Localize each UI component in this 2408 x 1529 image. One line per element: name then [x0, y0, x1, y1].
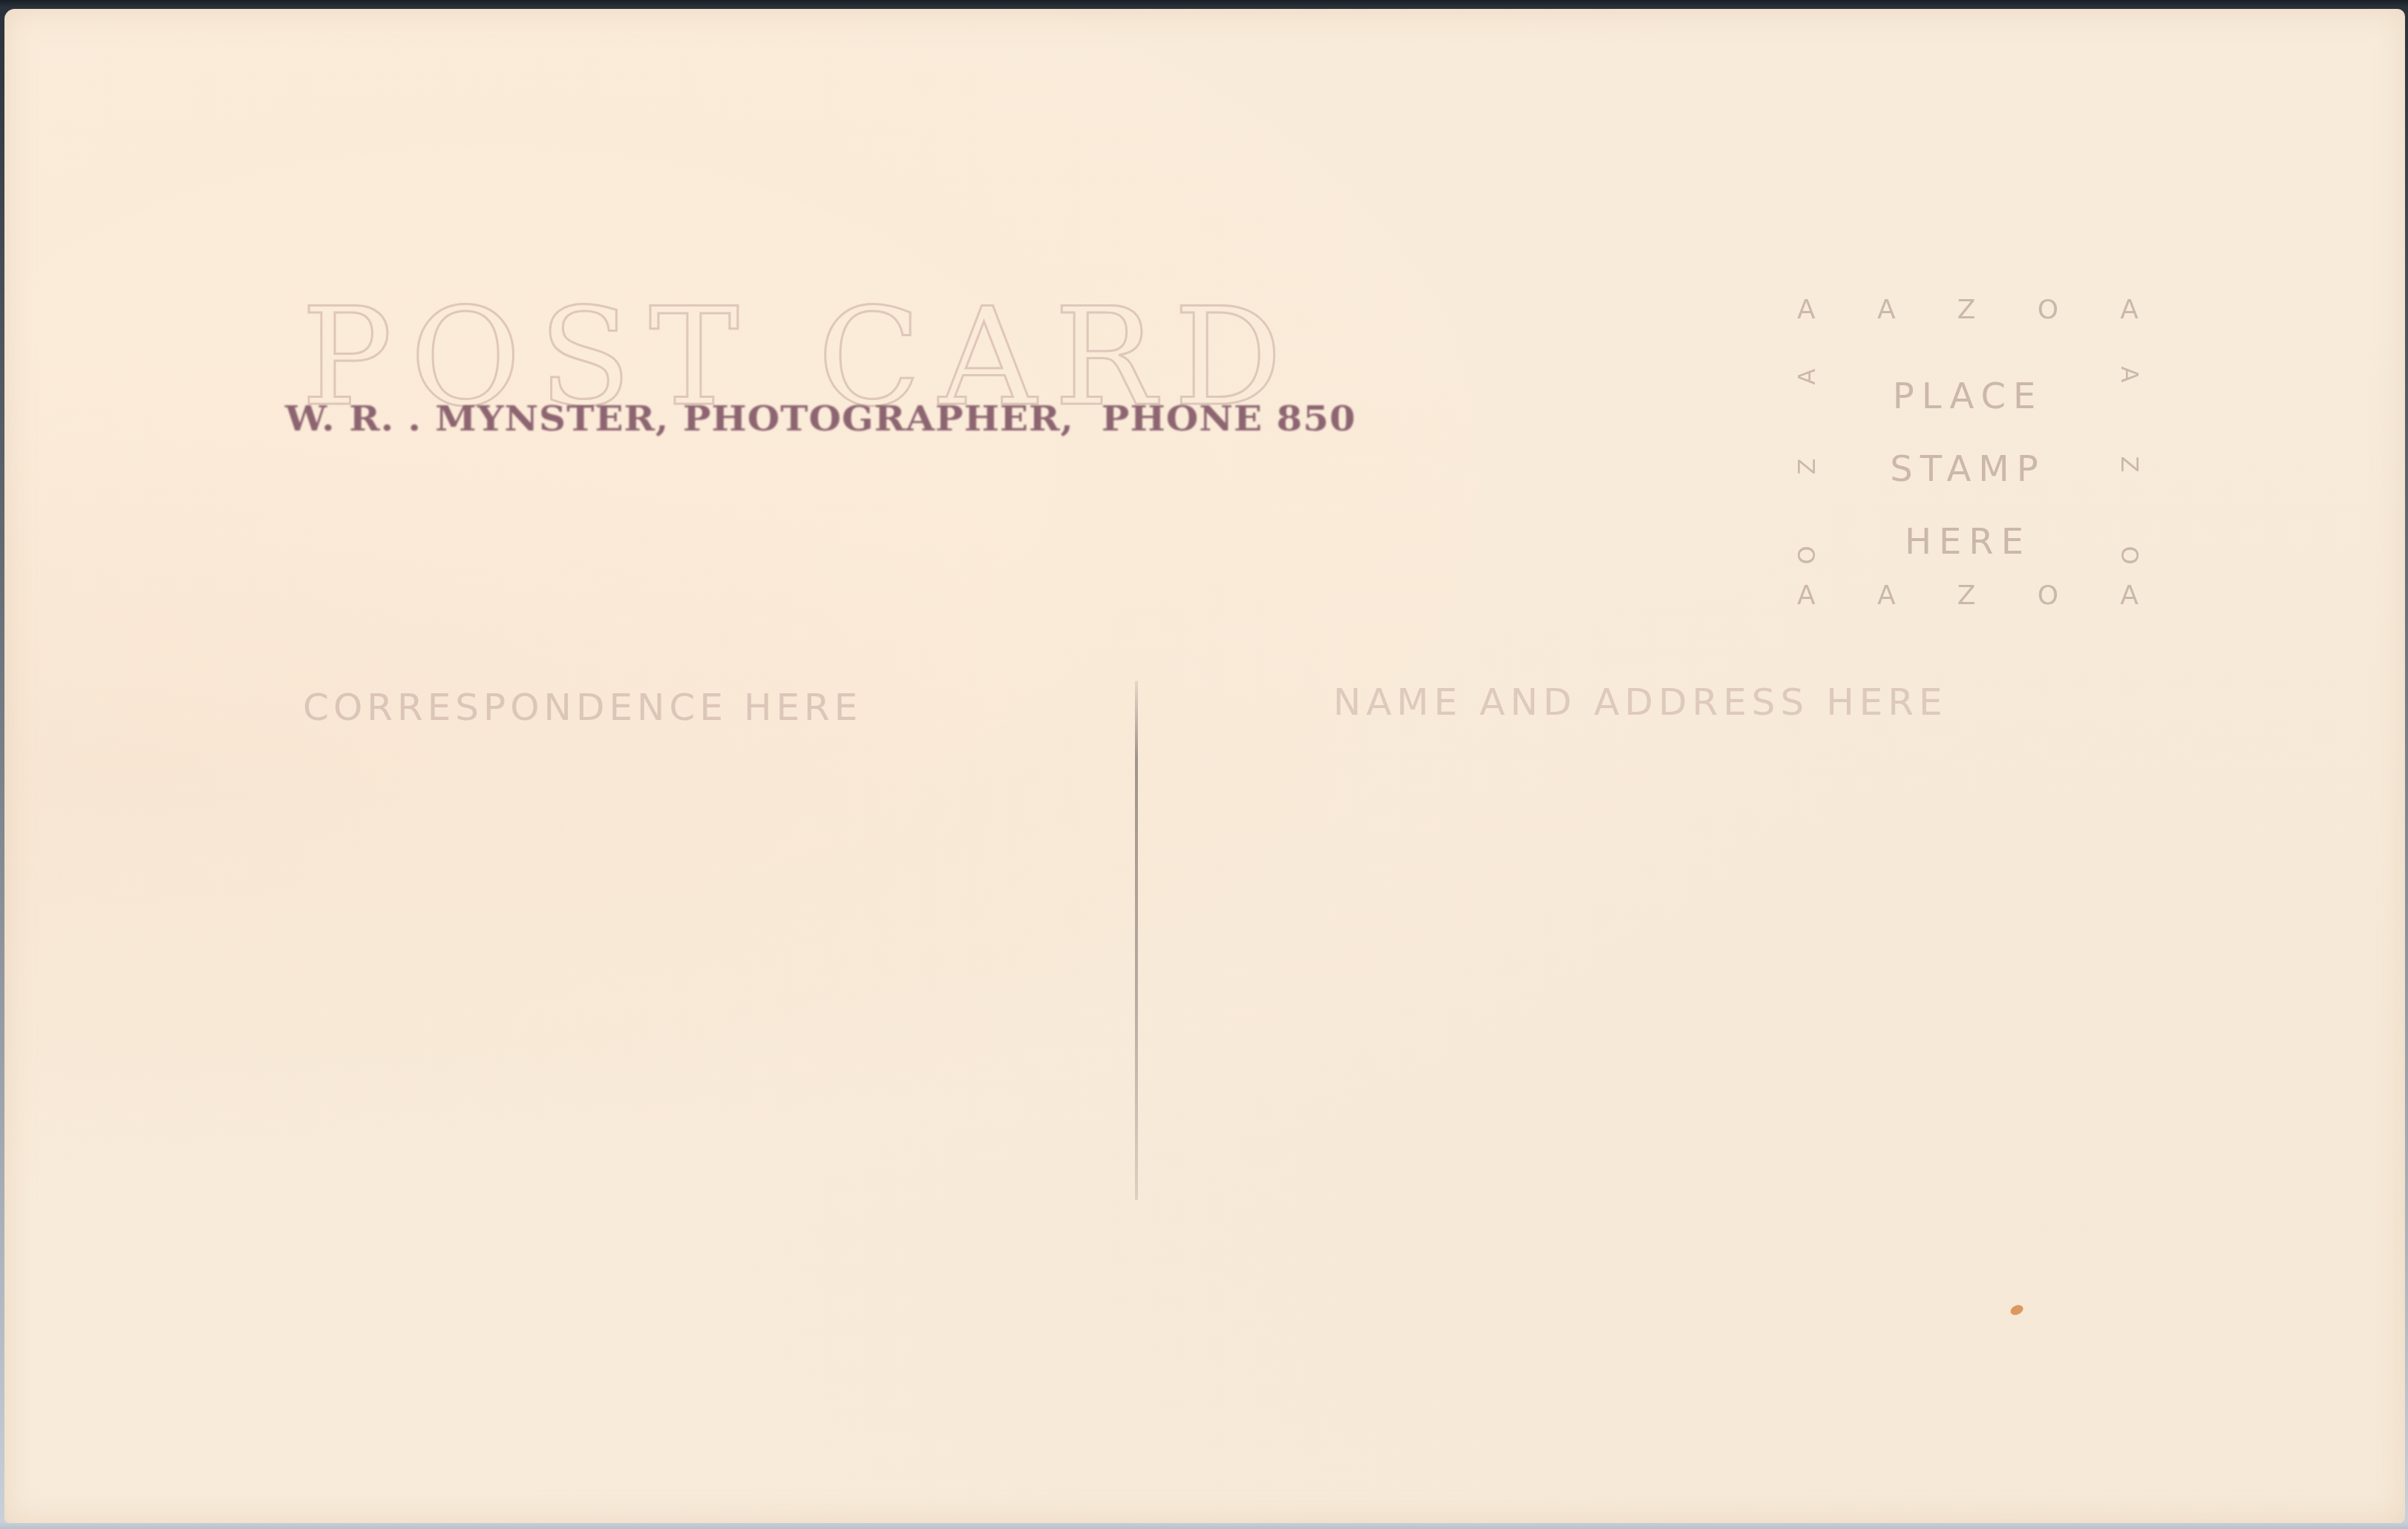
address-label: NAME AND ADDRESS HERE — [1333, 681, 1948, 724]
stamp-box-border-top: A A Z O A — [1797, 295, 2139, 325]
border-letter: Z — [1957, 295, 1976, 325]
stain-spot — [2009, 1303, 2024, 1317]
border-letter: Z — [1957, 580, 1976, 611]
stamp-box: A A Z O A A Z O A Z O PLACE STAMP HERE — [1797, 295, 2139, 614]
border-letter: A — [1797, 580, 1816, 611]
border-letter: A — [2120, 295, 2139, 325]
stamp-box-text: PLACE STAMP HERE — [1842, 360, 2094, 578]
stamp-line-place: PLACE — [1842, 360, 2094, 433]
border-letter: A — [2120, 580, 2139, 611]
border-letter: Z — [2115, 456, 2143, 474]
postcard: POST CARD W. R. . MYNSTER, PHOTOGRAPHER,… — [4, 9, 2405, 1523]
border-letter: O — [2115, 546, 2143, 564]
border-letter: A — [1797, 295, 1816, 325]
border-letter: O — [2038, 580, 2058, 611]
stamp-box-border-left: A Z O — [1797, 361, 1816, 569]
stamp-box-border-right: A Z O — [2120, 361, 2139, 569]
scanned-postcard-back: POST CARD W. R. . MYNSTER, PHOTOGRAPHER,… — [0, 0, 2408, 1529]
border-letter: A — [1793, 366, 1821, 384]
photographer-stamp: W. R. . MYNSTER, PHOTOGRAPHER, PHONE 850 — [285, 397, 1356, 439]
stamp-box-border-bottom: A A Z O A — [1797, 580, 2139, 611]
stamp-line-here: HERE — [1842, 505, 2094, 578]
stamp-line-stamp: STAMP — [1842, 433, 2094, 505]
border-letter: O — [2038, 295, 2058, 325]
border-letter: A — [1877, 295, 1896, 325]
border-letter: A — [1877, 580, 1896, 611]
border-letter: O — [1793, 546, 1821, 564]
correspondence-label: CORRESPONDENCE HERE — [303, 686, 862, 729]
border-letter: Z — [1793, 456, 1821, 474]
border-letter: A — [2115, 366, 2143, 384]
center-divider-line — [1135, 681, 1138, 1200]
